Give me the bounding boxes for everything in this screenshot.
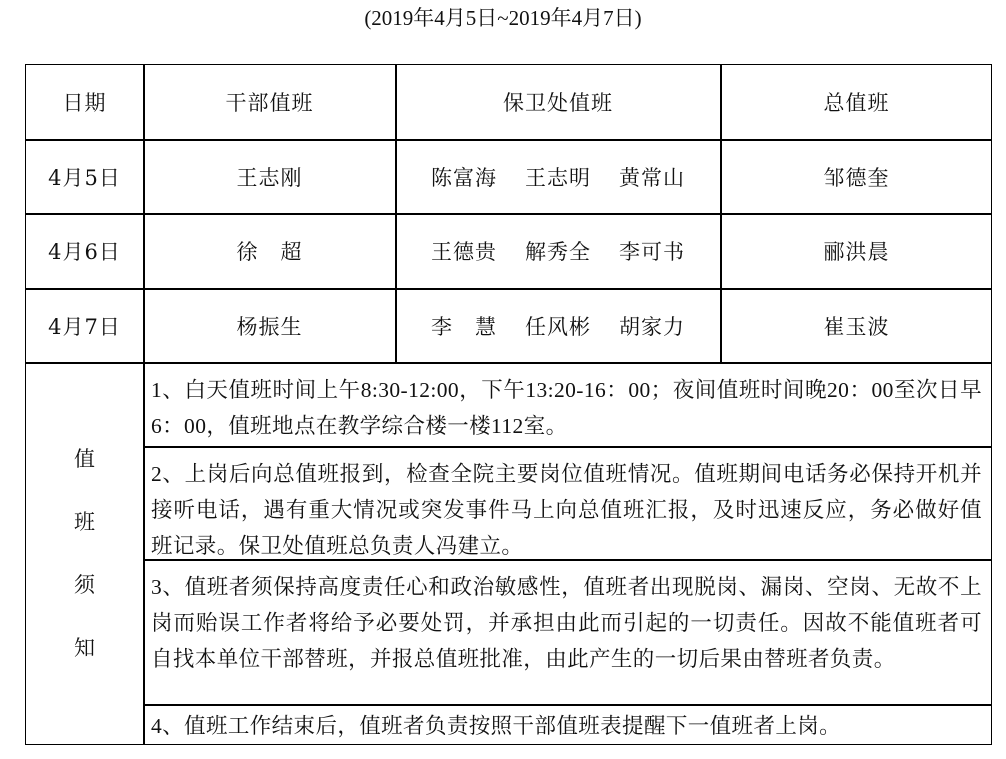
notes-label-char: 须 — [74, 554, 95, 617]
notes-label-char: 值 — [74, 428, 95, 491]
duty-note-2: 2、上岗后向总值班报到，检查全院主要岗位值班情况。值班期间电话务必保持开机并接听… — [145, 448, 992, 559]
header-security-duty: 保卫处值班 — [396, 65, 720, 139]
row-cadre: 王志刚 — [144, 140, 395, 213]
duty-notes-label: 值 班 须 知 — [26, 363, 143, 744]
row-security: 陈富海 王志明 黄常山 — [396, 140, 720, 213]
row-date: 4月7日 — [26, 289, 143, 362]
duty-note-3: 3、值班者须保持高度责任心和政治敏感性，值班者出现脱岗、漏岗、空岗、无故不上岗而… — [145, 561, 992, 704]
duty-schedule-table: 日期 干部值班 保卫处值班 总值班 4月5日 王志刚 陈富海 王志明 黄常山 邹… — [25, 64, 992, 745]
row-date: 4月5日 — [26, 140, 143, 213]
notes-label-char: 知 — [74, 617, 95, 680]
duty-note-4: 4、值班工作结束后，值班者负责按照干部值班表提醒下一值班者上岗。 — [145, 706, 992, 744]
row-security: 王德贵 解秀全 李可书 — [396, 214, 720, 288]
header-cadre-duty: 干部值班 — [144, 65, 395, 139]
row-chief: 邹德奎 — [721, 140, 992, 213]
header-chief-duty: 总值班 — [721, 65, 992, 139]
security-staff-name: 李 慧 — [431, 311, 497, 341]
header-date: 日期 — [26, 65, 143, 139]
schedule-date-range: (2019年4月5日~2019年4月7日) — [0, 4, 1006, 32]
row-security: 李 慧 任风彬 胡家力 — [396, 289, 720, 362]
security-staff-name: 王德贵 — [431, 236, 497, 266]
row-chief: 崔玉波 — [721, 289, 992, 362]
security-staff-name: 王志明 — [525, 162, 591, 192]
notes-label-char: 班 — [74, 491, 95, 554]
security-staff-name: 任风彬 — [525, 311, 591, 341]
security-staff-name: 解秀全 — [525, 236, 591, 266]
row-chief: 郦洪晨 — [721, 214, 992, 288]
security-staff-name: 黄常山 — [619, 162, 685, 192]
security-staff-name: 陈富海 — [431, 162, 497, 192]
row-cadre: 徐 超 — [144, 214, 395, 288]
duty-note-1: 1、白天值班时间上午8:30-12:00，下午13:20-16：00；夜间值班时… — [145, 364, 992, 446]
row-cadre: 杨振生 — [144, 289, 395, 362]
security-staff-name: 李可书 — [619, 236, 685, 266]
row-date: 4月6日 — [26, 214, 143, 288]
security-staff-name: 胡家力 — [619, 311, 685, 341]
